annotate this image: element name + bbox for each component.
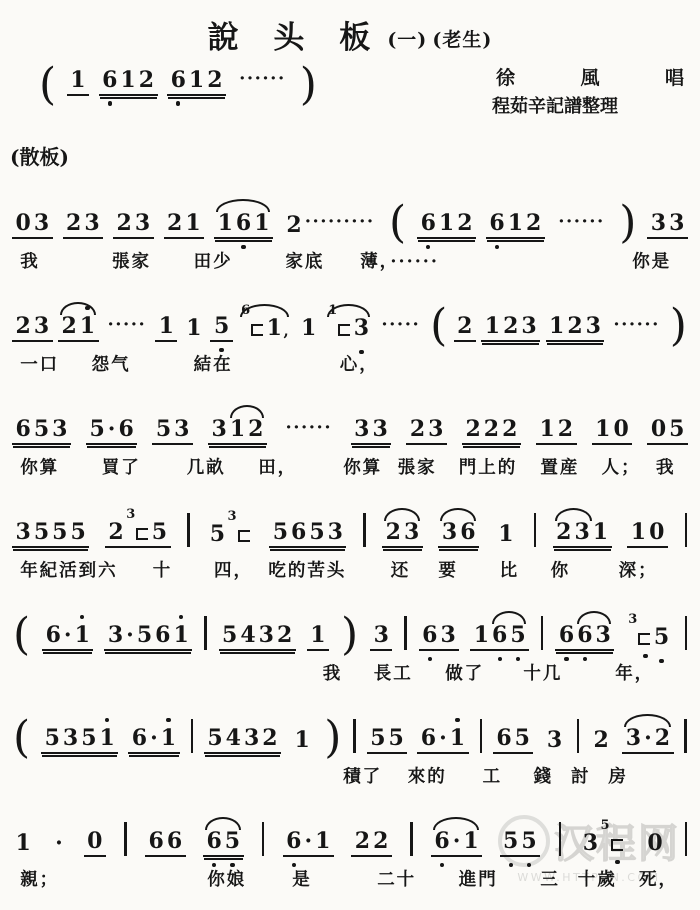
note-digit: 2: [408, 418, 426, 440]
paren-open: (: [38, 70, 57, 101]
note-digit: 5: [88, 418, 106, 440]
note-group: 3: [543, 729, 565, 754]
note-digit: 1: [14, 832, 32, 854]
note-digit: ·: [643, 727, 654, 749]
note-group: 23: [382, 521, 423, 548]
barline: [353, 719, 355, 753]
octave-dot-high: [85, 306, 89, 310]
note-digit: 5: [51, 521, 69, 543]
continuation-dots: ······: [612, 316, 662, 334]
note-digit: 1: [548, 315, 566, 337]
note-digit: 0: [86, 830, 104, 852]
note-digit: 1: [73, 624, 91, 646]
note-group: 1: [291, 729, 313, 754]
lyric-text: 積了: [343, 763, 382, 788]
note-digit: 1: [187, 69, 205, 91]
note-digit: 6: [240, 304, 251, 317]
note-digit: 2: [525, 212, 543, 234]
note-group: 63: [419, 624, 460, 651]
lyric-text: 十几: [523, 660, 562, 685]
note-group: 2: [454, 315, 476, 342]
lyric-text: 怨气: [92, 351, 131, 376]
note-group: 3555: [12, 521, 89, 548]
note-digit: 6: [169, 69, 187, 91]
note-digit: 1: [594, 418, 612, 440]
note-group: 53: [152, 418, 193, 445]
note-group: 6·1: [42, 624, 93, 651]
note-digit: 6: [147, 830, 165, 852]
note-digit: 3: [352, 317, 370, 339]
note-digit: ·: [438, 727, 449, 749]
lyric-text: 張家: [112, 248, 151, 273]
barline: [480, 719, 482, 753]
note-digit: 5: [212, 315, 230, 337]
note-digit: 2: [456, 212, 474, 234]
note-group: 5653: [269, 521, 346, 548]
barline: [684, 719, 686, 753]
note-group: 61,: [238, 317, 292, 342]
note-group: 612: [99, 69, 158, 96]
lyric-text: 十: [153, 557, 173, 582]
note-group: 5432: [219, 624, 296, 651]
barline: [410, 822, 412, 856]
note-group: 36: [438, 521, 479, 548]
note-digit: 3: [353, 418, 371, 440]
note-digit: 3: [51, 418, 69, 440]
grace-tie-icon: [638, 633, 650, 645]
barline: [204, 616, 206, 650]
note-digit: 3: [106, 624, 124, 646]
note-digit: 2: [502, 315, 520, 337]
note-group: 65: [203, 830, 244, 857]
note-group: 1: [155, 315, 177, 342]
note-digit: 6: [459, 521, 477, 543]
note-digit: 3: [242, 727, 260, 749]
lyric-text: 你娘: [207, 866, 246, 891]
note-digit: 2: [261, 727, 279, 749]
note-digit: 4: [239, 624, 257, 646]
note-group: 1: [183, 317, 205, 342]
note-digit: 3: [594, 624, 612, 646]
note-digit: 6: [488, 212, 506, 234]
note-group: 55: [367, 727, 408, 754]
note-digit: ·: [303, 830, 314, 852]
note-group: 5·6: [86, 418, 137, 445]
note-digit: 2: [482, 418, 500, 440]
note-digit: 6: [421, 624, 439, 646]
lyrics-line-4: 年紀活到六十四，吃的苦头还要比你深；: [10, 557, 690, 582]
note-digit: 1: [309, 624, 327, 646]
grace-tie-icon: [136, 528, 148, 540]
note-group: 3·2: [622, 727, 673, 754]
note-digit: 2: [166, 212, 184, 234]
title-row: 說 头 板 (一) (老生): [10, 12, 690, 57]
note-digit: 2: [14, 315, 32, 337]
note-digit: 3: [427, 418, 445, 440]
octave-dot-low: [615, 860, 619, 864]
note-digit: 5: [520, 830, 538, 852]
note-digit: 3: [545, 729, 563, 751]
note-digit: 3: [440, 521, 458, 543]
lyric-text: 年，: [615, 660, 654, 685]
note-group: 5351: [41, 727, 118, 754]
note-group: 35: [625, 626, 672, 651]
note-digit: 5: [206, 727, 224, 749]
tempo-mark: (散板): [10, 141, 690, 170]
continuation-dots: ·····: [106, 316, 148, 334]
note-group: 123: [481, 315, 540, 342]
lyric-text: 田少: [194, 248, 233, 273]
lyric-text: 深；: [619, 557, 658, 582]
note-group: 0: [84, 830, 106, 857]
continuation-dots: ·········: [303, 213, 376, 231]
note-digit: 5: [652, 626, 670, 648]
note-group: ······: [555, 213, 609, 239]
lyric-text: 比: [500, 557, 520, 582]
note-group: 612: [167, 69, 226, 96]
note-group: 03: [12, 212, 53, 239]
credit-transcriber: 程茹辛記譜整理: [492, 92, 688, 118]
note-digit: 6: [117, 418, 135, 440]
paren-close: ): [299, 70, 318, 101]
lyric-text: 門上的: [459, 454, 518, 479]
note-digit: 1: [119, 69, 137, 91]
lyric-text: 年紀活到六: [20, 557, 118, 582]
note-digit: 5: [369, 727, 387, 749]
note-group: 663: [555, 624, 614, 651]
note-digit: 1: [216, 212, 234, 234]
music-line-6: (53516·154321)556·165323·2: [10, 712, 690, 754]
note-group: 33: [647, 212, 688, 239]
lyrics-line-7: 親；你娘是二十進門三十歲死，: [10, 866, 690, 891]
note-digit: 6: [433, 830, 451, 852]
note-digit: 1: [538, 418, 556, 440]
lyric-text: 做了: [445, 660, 484, 685]
octave-dot-low: [176, 101, 180, 105]
note-digit: 6: [495, 727, 513, 749]
note-digit: 6: [419, 212, 437, 234]
note-digit: 3: [133, 212, 151, 234]
barline: [404, 616, 406, 650]
note-digit: ·: [62, 624, 73, 646]
lyrics-line-3: 你算買了几畝田，你算張家門上的置産人；我: [10, 454, 690, 479]
note-digit: 2: [247, 418, 265, 440]
note-digit: 1: [78, 315, 96, 337]
barline: [124, 822, 126, 856]
note-group: 6·1: [283, 830, 334, 857]
note-digit: 0: [646, 832, 664, 854]
barline: [685, 616, 687, 650]
note-digit: 6: [285, 830, 303, 852]
note-digit: 5: [135, 624, 153, 646]
lyric-text: 來的: [408, 763, 447, 788]
note-digit: 1: [98, 727, 116, 749]
note-group: ·····: [378, 316, 424, 342]
note-group: ·: [52, 832, 67, 857]
note-group: 5432: [204, 727, 281, 754]
note-digit: 6: [419, 727, 437, 749]
note-digit: 0: [14, 212, 32, 234]
note-digit: 3: [32, 315, 50, 337]
note-digit: 5: [223, 830, 241, 852]
note-digit: 0: [612, 418, 630, 440]
note-digit: 1: [437, 212, 455, 234]
music-line-1: 032323211612·········(612612······)33: [10, 197, 690, 239]
continuation-dots: ······: [557, 213, 607, 231]
octave-dot-high: [455, 718, 459, 722]
note-group: 22: [351, 830, 392, 857]
credit-singer: 徐 風 唱: [492, 63, 688, 90]
lyric-text: 你是: [632, 248, 671, 273]
note-digit: 1: [172, 624, 190, 646]
note-digit: ,: [283, 324, 290, 339]
note-digit: 1: [462, 830, 480, 852]
note-digit: 1: [228, 418, 246, 440]
note-digit: 3: [439, 624, 457, 646]
note-group: 161: [214, 212, 273, 239]
lyric-text: 四，: [214, 557, 253, 582]
grace-tie-icon: [338, 324, 350, 336]
barline: [187, 513, 189, 547]
note-digit: 3: [227, 510, 238, 523]
meta-row: (1612612······) 徐 風 唱 程茹辛記譜整理: [10, 63, 690, 127]
note-digit: 2: [456, 315, 474, 337]
note-digit: 5: [32, 418, 50, 440]
note-group: 33: [351, 418, 392, 445]
barline: [363, 513, 365, 547]
lyric-text: 我: [20, 248, 40, 273]
note-digit: 1: [293, 729, 311, 751]
note-digit: 2: [275, 624, 293, 646]
note-group: 5: [210, 315, 232, 342]
note-digit: 2: [285, 214, 303, 236]
title-part-number: (一): [387, 29, 427, 51]
note-group: 1: [12, 832, 34, 857]
music-line-7: 1·066656·1226·155350: [10, 815, 690, 857]
lyrics-line-6: 積了來的工錢討房: [10, 763, 690, 788]
note-digit: 1: [327, 304, 338, 317]
paren-close: ): [669, 311, 688, 342]
note-digit: 6: [14, 418, 32, 440]
lyric-text: 心，: [340, 351, 379, 376]
note-digit: 6: [491, 624, 509, 646]
paren-open: (: [388, 208, 407, 239]
lyrics-line-5: 我長工做了十几年，: [10, 660, 690, 685]
note-digit: 3: [371, 418, 389, 440]
barline: [541, 616, 543, 650]
note-group: 21: [58, 315, 99, 342]
note-digit: 1: [69, 69, 87, 91]
note-digit: 1: [184, 212, 202, 234]
note-digit: ·: [149, 727, 160, 749]
note-digit: 2: [372, 830, 390, 852]
barline: [559, 822, 561, 856]
note-digit: 3: [257, 624, 275, 646]
note-digit: 1: [159, 727, 177, 749]
credits: 徐 風 唱 程茹辛記譜整理: [492, 63, 688, 118]
barline: [262, 822, 264, 856]
lyric-text: 我: [323, 660, 343, 685]
singer-char: 唱: [665, 63, 684, 90]
lyric-text: 二十: [377, 866, 416, 891]
lyric-text: 張家: [398, 454, 437, 479]
note-group: 6·1: [431, 830, 482, 857]
note-digit: 1: [483, 315, 501, 337]
note-digit: 2: [384, 521, 402, 543]
note-digit: 1: [591, 521, 609, 543]
note-digit: 3: [14, 521, 32, 543]
note-digit: 2: [566, 315, 584, 337]
note-group: 66: [145, 830, 186, 857]
barline: [534, 513, 536, 547]
note-digit: 6: [557, 624, 575, 646]
lyric-text: 薄，······: [360, 248, 439, 273]
note-digit: 3: [125, 508, 136, 521]
note-digit: 6: [290, 521, 308, 543]
note-digit: 2: [206, 69, 224, 91]
note-digit: 5: [600, 819, 611, 832]
note-digit: 5: [668, 418, 686, 440]
grace-tie-icon: [238, 530, 250, 542]
note-digit: 3: [573, 521, 591, 543]
note-digit: 1: [253, 212, 271, 234]
lyric-text: 你算: [20, 454, 59, 479]
music-line-4: 35552355356532336123110: [10, 506, 690, 548]
note-digit: 5: [513, 727, 531, 749]
barline: [577, 719, 579, 753]
note-digit: 1: [506, 212, 524, 234]
note-digit: 3: [520, 315, 538, 337]
note-digit: 5: [308, 521, 326, 543]
note-group: 10: [627, 521, 668, 548]
paren-open: (: [429, 311, 448, 342]
title-role-type: (老生): [432, 29, 492, 51]
note-group: 6·1: [128, 727, 179, 754]
note-digit: 2: [592, 729, 610, 751]
note-digit: 3: [668, 212, 686, 234]
note-digit: 3: [627, 613, 638, 626]
lyric-text: 錢: [534, 763, 554, 788]
note-digit: 3: [649, 212, 667, 234]
note-group: 53: [206, 523, 253, 548]
note-digit: 1: [185, 317, 203, 339]
note-digit: ·: [125, 624, 136, 646]
octave-dot-high: [80, 615, 84, 619]
lyric-text: 長工: [374, 660, 413, 685]
note-group: 05: [647, 418, 688, 445]
note-group: 55: [500, 830, 541, 857]
lyric-text: 親；: [20, 866, 59, 891]
note-digit: 0: [648, 521, 666, 543]
note-digit: 3: [581, 832, 599, 854]
note-digit: 3: [624, 727, 642, 749]
note-group: 3·561: [104, 624, 192, 651]
note-digit: 2: [115, 212, 133, 234]
note-group: 222: [462, 418, 521, 445]
note-group: 13: [325, 317, 372, 342]
continuation-dots: ······: [238, 70, 288, 88]
note-group: 165: [470, 624, 529, 651]
octave-dot-high: [166, 718, 170, 722]
intro-notation: (1612612······): [38, 65, 318, 96]
paren-close: ): [323, 723, 342, 754]
note-digit: 2: [60, 315, 78, 337]
note-group: 65: [493, 727, 534, 754]
note-digit: 3: [372, 624, 390, 646]
note-digit: 3: [173, 418, 191, 440]
note-group: 0: [644, 832, 666, 857]
note-group: 23: [406, 418, 447, 445]
octave-dot-low: [643, 654, 647, 658]
music-line-3: 6535·653312······3323222121005: [10, 403, 690, 445]
note-digit: 3: [32, 212, 50, 234]
grace-tie-icon: [251, 324, 263, 336]
lyric-text: 是: [292, 866, 312, 891]
note-digit: 2: [353, 830, 371, 852]
lyrics-line-1: 我張家田少家底薄，······你是: [10, 248, 690, 273]
note-digit: 6: [44, 624, 62, 646]
octave-dot-low: [108, 101, 112, 105]
note-digit: 1: [157, 315, 175, 337]
note-digit: 6: [130, 727, 148, 749]
note-digit: 3: [210, 418, 228, 440]
note-digit: ·: [106, 418, 117, 440]
note-group: 3: [370, 624, 392, 651]
note-digit: 5: [509, 624, 527, 646]
paren-close: ): [340, 620, 359, 651]
lyric-text: 買了: [102, 454, 141, 479]
lyric-text: 工: [483, 763, 503, 788]
note-digit: 1: [472, 624, 490, 646]
lyric-text: 你算: [343, 454, 382, 479]
note-digit: 6: [101, 69, 119, 91]
lyric-text: 人；: [602, 454, 641, 479]
note-digit: 3: [584, 315, 602, 337]
note-group: 2·········: [283, 213, 378, 239]
note-group: 312: [208, 418, 267, 445]
note-digit: 5: [32, 521, 50, 543]
note-digit: 3: [326, 521, 344, 543]
paren-close: ): [618, 208, 637, 239]
note-digit: 2: [107, 521, 125, 543]
note-group: 231: [553, 521, 612, 548]
note-digit: 0: [649, 418, 667, 440]
note-group: 21: [164, 212, 205, 239]
note-group: ······: [236, 70, 290, 96]
note-group: 653: [12, 418, 71, 445]
note-group: 12: [536, 418, 577, 445]
note-digit: 5: [208, 523, 226, 545]
paren-open: (: [12, 723, 31, 754]
lyric-text: 十歲: [578, 866, 617, 891]
lyric-text: 你: [551, 557, 571, 582]
note-group: 6·1: [417, 727, 468, 754]
octave-dot-high: [179, 615, 183, 619]
lyric-text: 田，: [258, 454, 297, 479]
lyric-text: 一口: [20, 351, 59, 376]
note-digit: 6: [234, 212, 252, 234]
music-line-2: 2321·····11561,113·····(2123123······): [10, 300, 690, 342]
note-group: 23: [63, 212, 104, 239]
note-digit: ·: [54, 832, 65, 854]
note-digit: 2: [556, 418, 574, 440]
note-digit: 5: [387, 727, 405, 749]
note-digit: 6: [165, 830, 183, 852]
lyric-text: 置産: [540, 454, 579, 479]
note-digit: 6: [205, 830, 223, 852]
paren-open: (: [12, 620, 31, 651]
singer-char: 風: [580, 63, 599, 90]
